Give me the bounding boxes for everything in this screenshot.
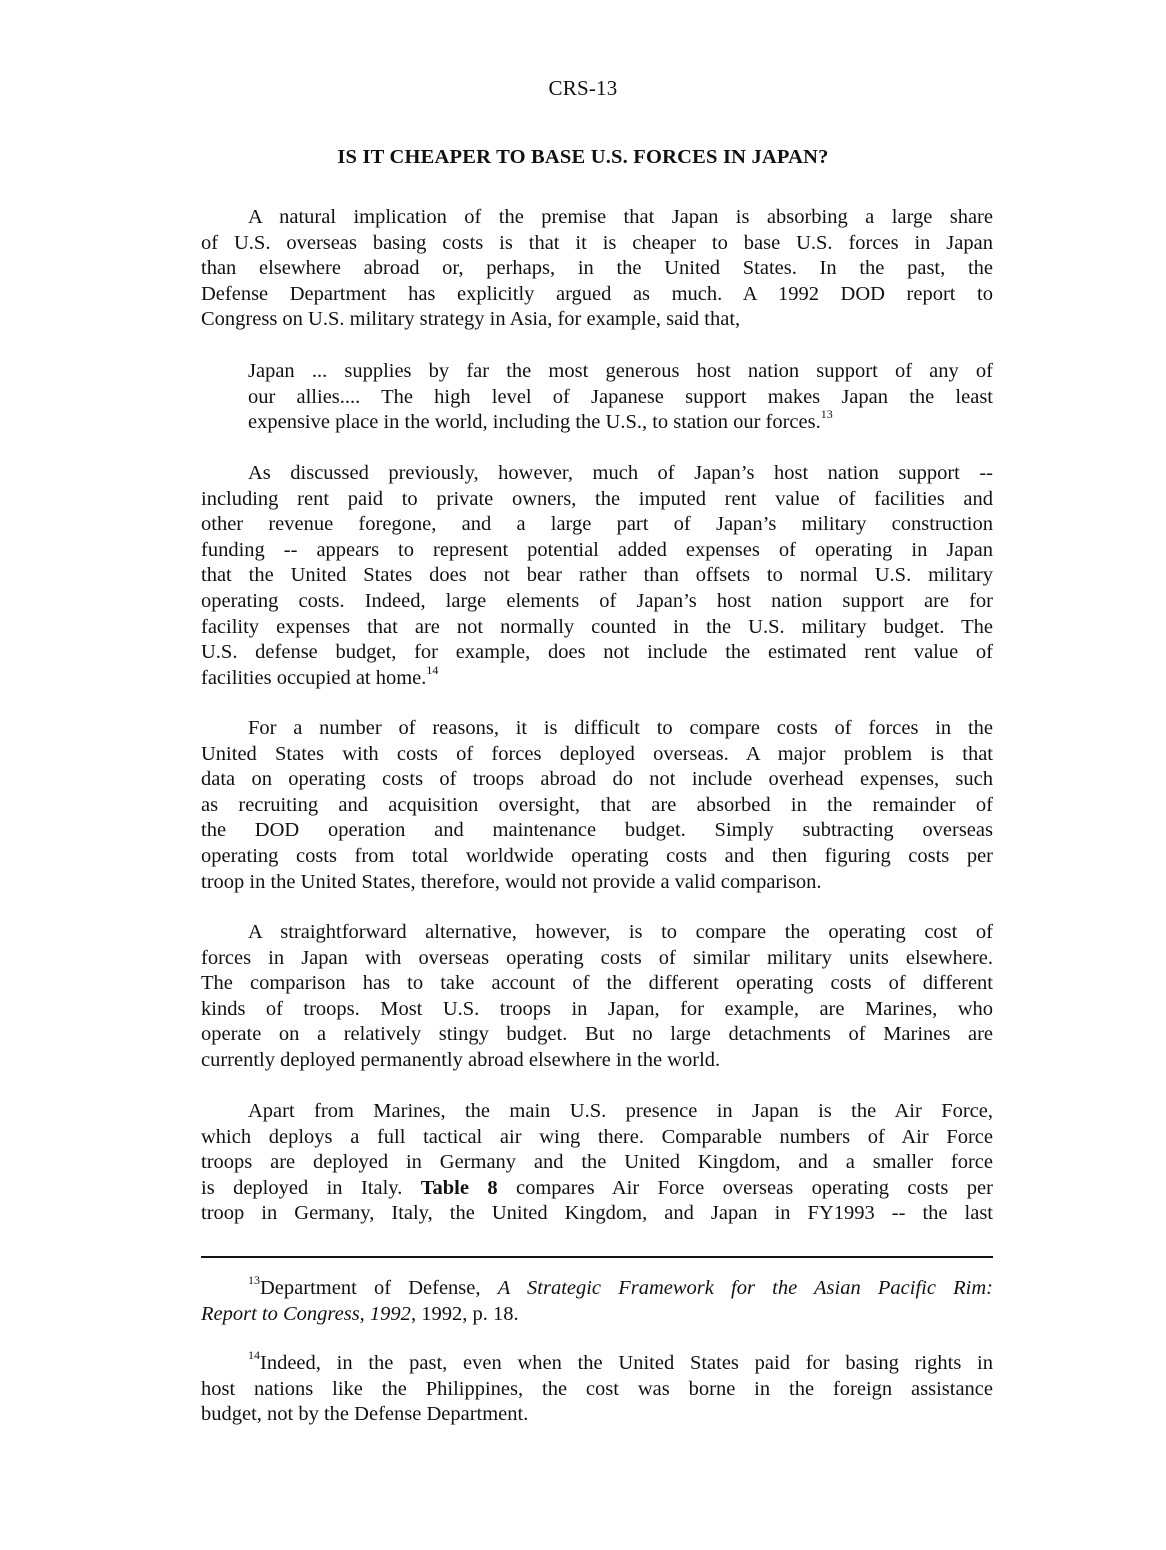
paragraph-1: A natural implication of the premise tha… <box>201 205 993 333</box>
text-line: data on operating costs of troops abroad… <box>201 767 993 793</box>
text-line: troop in Germany, Italy, the United King… <box>201 1201 993 1227</box>
footnote-13: 13Department of Defense, A Strategic Fra… <box>201 1276 993 1327</box>
text-line: other revenue foregone, and a large part… <box>201 512 993 538</box>
text-line: Apart from Marines, the main U.S. presen… <box>201 1099 993 1125</box>
text-line: currently deployed permanently abroad el… <box>201 1048 993 1074</box>
text-line: U.S. defense budget, for example, does n… <box>201 640 993 666</box>
text-line: troops are deployed in Germany and the U… <box>201 1150 993 1176</box>
paragraph-5: Apart from Marines, the main U.S. presen… <box>201 1099 993 1227</box>
text-line: Congress on U.S. military strategy in As… <box>201 307 993 333</box>
footnote-text: Indeed, in the past, even when the Unite… <box>260 1352 993 1374</box>
text-line: our allies.... The high level of Japanes… <box>248 385 993 411</box>
paragraph-text: facilities occupied at home. <box>201 667 426 689</box>
block-quote: Japan ... supplies by far the most gener… <box>248 359 993 436</box>
text-line: expensive place in the world, including … <box>248 410 993 436</box>
text-line: The comparison has to take account of th… <box>201 971 993 997</box>
footnote-number: 13 <box>248 1273 260 1287</box>
text-line: As discussed previously, however, much o… <box>201 461 993 487</box>
paragraph-4: A straightforward alternative, however, … <box>201 920 993 1074</box>
text-line: Japan ... supplies by far the most gener… <box>248 359 993 385</box>
text-line: is deployed in Italy. Table 8 compares A… <box>201 1176 993 1202</box>
text-line: kinds of troops. Most U.S. troops in Jap… <box>201 997 993 1023</box>
text-line: including rent paid to private owners, t… <box>201 487 993 513</box>
paragraph-text: compares Air Force overseas operating co… <box>498 1177 993 1199</box>
footnote-text: Department of Defense, <box>260 1277 498 1299</box>
quote-text: expensive place in the world, including … <box>248 411 821 433</box>
text-line: operating costs from total worldwide ope… <box>201 844 993 870</box>
text-line: as recruiting and acquisition oversight,… <box>201 793 993 819</box>
table-reference[interactable]: Table 8 <box>421 1177 498 1199</box>
paragraph-2: As discussed previously, however, much o… <box>201 461 993 691</box>
paragraph-3: For a number of reasons, it is difficult… <box>201 716 993 895</box>
text-line: host nations like the Philippines, the c… <box>201 1377 993 1403</box>
text-line: facilities occupied at home.14 <box>201 666 993 692</box>
text-line: operating costs. Indeed, large elements … <box>201 589 993 615</box>
text-line: Report to Congress, 1992, 1992, p. 18. <box>201 1302 993 1328</box>
footnote-ref-13[interactable]: 13 <box>821 407 833 421</box>
text-line: which deploys a full tactical air wing t… <box>201 1125 993 1151</box>
paragraph-text: is deployed in Italy. <box>201 1177 421 1199</box>
text-line: that the United States does not bear rat… <box>201 563 993 589</box>
text-line: than elsewhere abroad or, perhaps, in th… <box>201 256 993 282</box>
footnote-number: 14 <box>248 1348 260 1362</box>
text-line: facility expenses that are not normally … <box>201 615 993 641</box>
text-line: the DOD operation and maintenance budget… <box>201 818 993 844</box>
footnote-ref-14[interactable]: 14 <box>426 663 438 677</box>
footnote-text: , 1992, p. 18. <box>411 1303 519 1325</box>
text-line: A natural implication of the premise tha… <box>201 205 993 231</box>
text-line: troop in the United States, therefore, w… <box>201 870 993 896</box>
text-line: forces in Japan with overseas operating … <box>201 946 993 972</box>
text-line: of U.S. overseas basing costs is that it… <box>201 231 993 257</box>
footnote-14: 14Indeed, in the past, even when the Uni… <box>201 1351 993 1428</box>
text-line: United States with costs of forces deplo… <box>201 742 993 768</box>
text-line: For a number of reasons, it is difficult… <box>201 716 993 742</box>
citation-title: A Strategic Framework for the Asian Paci… <box>498 1277 993 1299</box>
text-line: budget, not by the Defense Department. <box>201 1402 993 1428</box>
text-line: 13Department of Defense, A Strategic Fra… <box>201 1276 993 1302</box>
citation-title: Report to Congress, 1992 <box>201 1303 411 1325</box>
text-line: A straightforward alternative, however, … <box>201 920 993 946</box>
section-title: IS IT CHEAPER TO BASE U.S. FORCES IN JAP… <box>0 146 1166 169</box>
page-number: CRS-13 <box>0 76 1166 101</box>
footnote-divider <box>201 1256 993 1258</box>
text-line: 14Indeed, in the past, even when the Uni… <box>201 1351 993 1377</box>
text-line: operate on a relatively stingy budget. B… <box>201 1022 993 1048</box>
text-line: funding -- appears to represent potentia… <box>201 538 993 564</box>
text-line: Defense Department has explicitly argued… <box>201 282 993 308</box>
